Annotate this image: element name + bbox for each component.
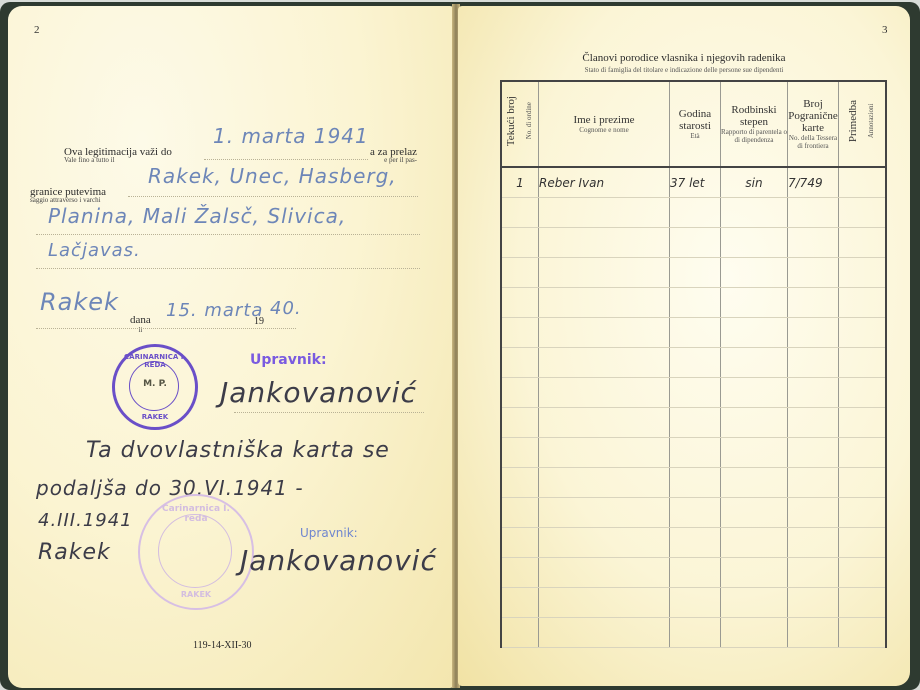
table-row-empty (501, 438, 886, 468)
table-row-empty (501, 258, 886, 288)
upravnik-stamp: Upravnik: (250, 352, 327, 368)
right-page: 3 Članovi porodice vlasnika i njegovih r… (458, 6, 910, 686)
signature-2: Jankovanović (240, 544, 437, 577)
table-row: 1 Reber Ivan 37 let sin 7/749 (501, 167, 886, 198)
issued-place: Rakek (40, 288, 119, 316)
table-row-empty (501, 378, 886, 408)
table-row-empty (501, 198, 886, 228)
table-row-empty (501, 588, 886, 618)
page-number: 2 (34, 24, 40, 36)
customs-stamp: CARINARNICA I. REDA M. P. RAKEK (112, 344, 198, 430)
table-title: Članovi porodice vlasnika i njegovih rad… (458, 52, 910, 64)
extension-date: 4.III.1941 (38, 510, 133, 531)
table-row-empty (501, 498, 886, 528)
extension-line-1: Ta dvovlastniška karta se (86, 438, 390, 463)
year-prefix: 19 (254, 316, 264, 327)
column-header-name: Ime i prezime Cognome e nome (539, 81, 670, 167)
column-header-age: Godina starosti Età (670, 81, 721, 167)
column-header-notes: PrimedbaAnnotazioni (839, 81, 887, 167)
routes-line-1: Rakek, Unec, Hasberg, (148, 164, 397, 188)
column-header-number: Tekući brojNo. di ordine (501, 81, 539, 167)
routes-label: granice putevima saggio attraverso i var… (30, 186, 106, 204)
extension-place: Rakek (38, 540, 111, 565)
column-header-card-number: Broj Pogranične karte No. della Tessera … (788, 81, 839, 167)
validity-label: Ova legitimacija važi do Vale fino a tut… (64, 146, 172, 164)
table-row-empty (501, 348, 886, 378)
signature-1: Jankovanović (220, 376, 417, 409)
table-row-empty (501, 228, 886, 258)
table-row-empty (501, 528, 886, 558)
table-row-empty (501, 408, 886, 438)
page-number: 3 (882, 24, 888, 36)
dana-label: dana li (130, 314, 151, 334)
crossing-label: a za prelaz e per il pas- (370, 146, 417, 164)
table-row-empty (501, 288, 886, 318)
table-row-empty (501, 468, 886, 498)
table-subtitle: Stato di famiglia del titolare e indicaz… (458, 66, 910, 74)
issued-date: 15. marta (166, 300, 263, 321)
faded-customs-stamp: Carinarnica I. reda RAKEK (138, 494, 254, 610)
table-row-empty (501, 318, 886, 348)
validity-date: 1. marta 1941 (213, 124, 369, 148)
year-suffix: 40. (270, 298, 302, 319)
left-page: 2 Ova legitimacija važi do Vale fino a t… (8, 6, 454, 688)
table-row-empty (501, 618, 886, 648)
table-row-empty (501, 558, 886, 588)
routes-line-3: Lačjavas. (48, 240, 141, 261)
upravnik-stamp-2: Upravnik: (300, 526, 358, 540)
family-members-table: Tekući brojNo. di ordine Ime i prezime C… (500, 80, 887, 648)
print-code: 119-14-XII-30 (193, 640, 252, 651)
column-header-relation: Rodbinski stepen Rapporto di parentela o… (721, 81, 788, 167)
extension-line-2: podaljša do 30.VI.1941 - (36, 476, 304, 500)
routes-line-2: Planina, Mali Žalsč, Slivica, (48, 204, 346, 228)
